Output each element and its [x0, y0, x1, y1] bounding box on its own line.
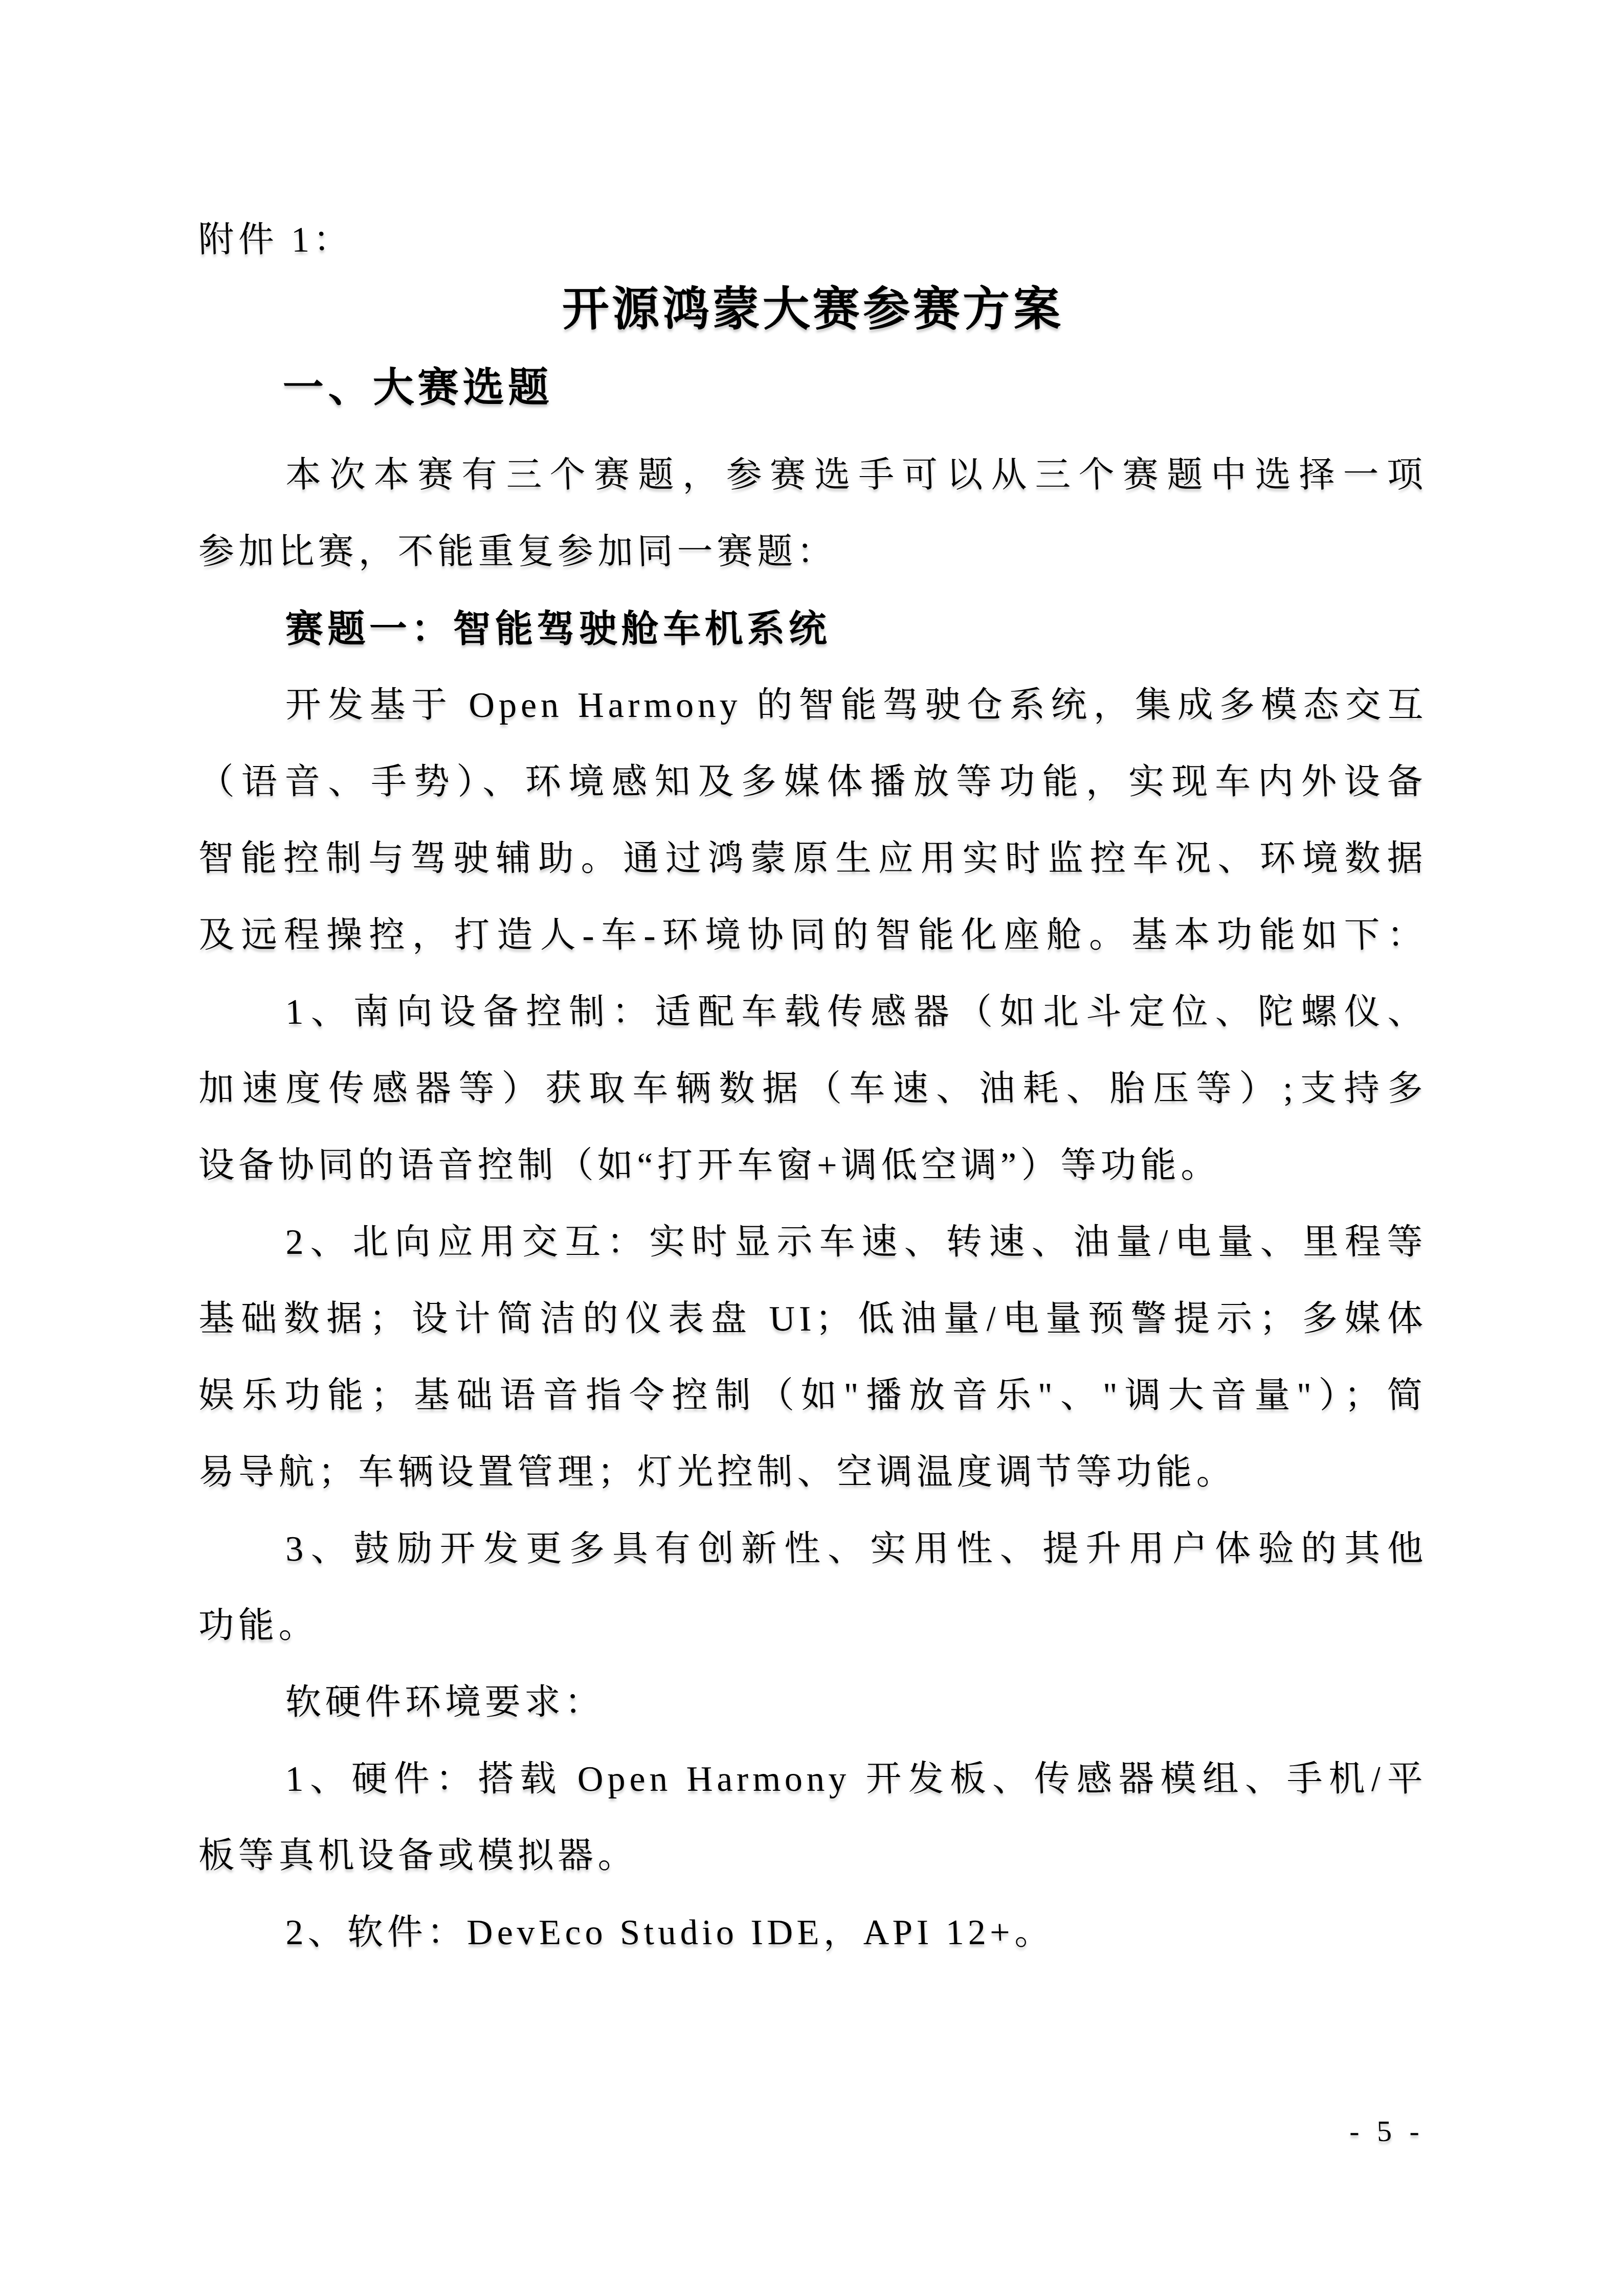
body-line: 开发基于 Open Harmony 的智能驾驶仓系统，集成多模态交互 [197, 667, 1429, 744]
body-line: 设备协同的语音控制（如“打开车窗+调低空调”）等功能。 [197, 1128, 1429, 1204]
body-line: 智能控制与驾驶辅助。通过鸿蒙原生应用实时监控车况、环境数据 [197, 821, 1429, 897]
body-lines: 本次本赛有三个赛题，参赛选手可以从三个赛题中选择一项参加比赛，不能重复参加同一赛… [198, 437, 1427, 1971]
document-title: 开源鸿蒙大赛参赛方案 [197, 271, 1429, 348]
body-line: 软硬件环境要求： [197, 1664, 1429, 1741]
body-line: 加速度传感器等）获取车辆数据（车速、油耗、胎压等）;支持多 [197, 1051, 1429, 1128]
body-line: 1、硬件：搭载 Open Harmony 开发板、传感器模组、手机/平 [197, 1741, 1429, 1818]
document-page: 附件 1： 开源鸿蒙大赛参赛方案 一、大赛选题 本次本赛有三个赛题，参赛选手可以… [0, 0, 1624, 2296]
page-number: - 5 - [1349, 2111, 1426, 2152]
attachment-label: 附件 1： [197, 205, 354, 276]
body-line: 2、北向应用交互：实时显示车速、转速、油量/电量、里程等 [197, 1204, 1429, 1281]
body-line: 基础数据；设计简洁的仪表盘 UI；低油量/电量预警提示；多媒体 [197, 1281, 1429, 1358]
body-line: 板等真机设备或模拟器。 [197, 1818, 1429, 1895]
body-line: 本次本赛有三个赛题，参赛选手可以从三个赛题中选择一项 [197, 437, 1429, 514]
body-line: 易导航；车辆设置管理；灯光控制、空调温度调节等功能。 [197, 1434, 1429, 1511]
body-line: 功能。 [197, 1588, 1429, 1664]
body-line: 1、南向设备控制：适配车载传感器（如北斗定位、陀螺仪、 [197, 974, 1429, 1051]
body-line: 3、鼓励开发更多具有创新性、实用性、提升用户体验的其他 [197, 1511, 1429, 1588]
body-line: 娱乐功能；基础语音指令控制（如"播放音乐"、"调大音量"）；简 [197, 1358, 1429, 1434]
section-heading: 一、大赛选题 [197, 349, 1429, 426]
body-line: （语音、手势）、环境感知及多媒体播放等功能，实现车内外设备 [197, 744, 1429, 821]
body-line: 赛题一：智能驾驶舱车机系统 [197, 591, 1429, 667]
body-line: 2、软件：DevEco Studio IDE，API 12+。 [197, 1895, 1429, 1971]
body-line: 参加比赛，不能重复参加同一赛题： [197, 514, 1429, 591]
body-line: 及远程操控，打造人-车-环境协同的智能化座舱。基本功能如下： [197, 897, 1429, 974]
